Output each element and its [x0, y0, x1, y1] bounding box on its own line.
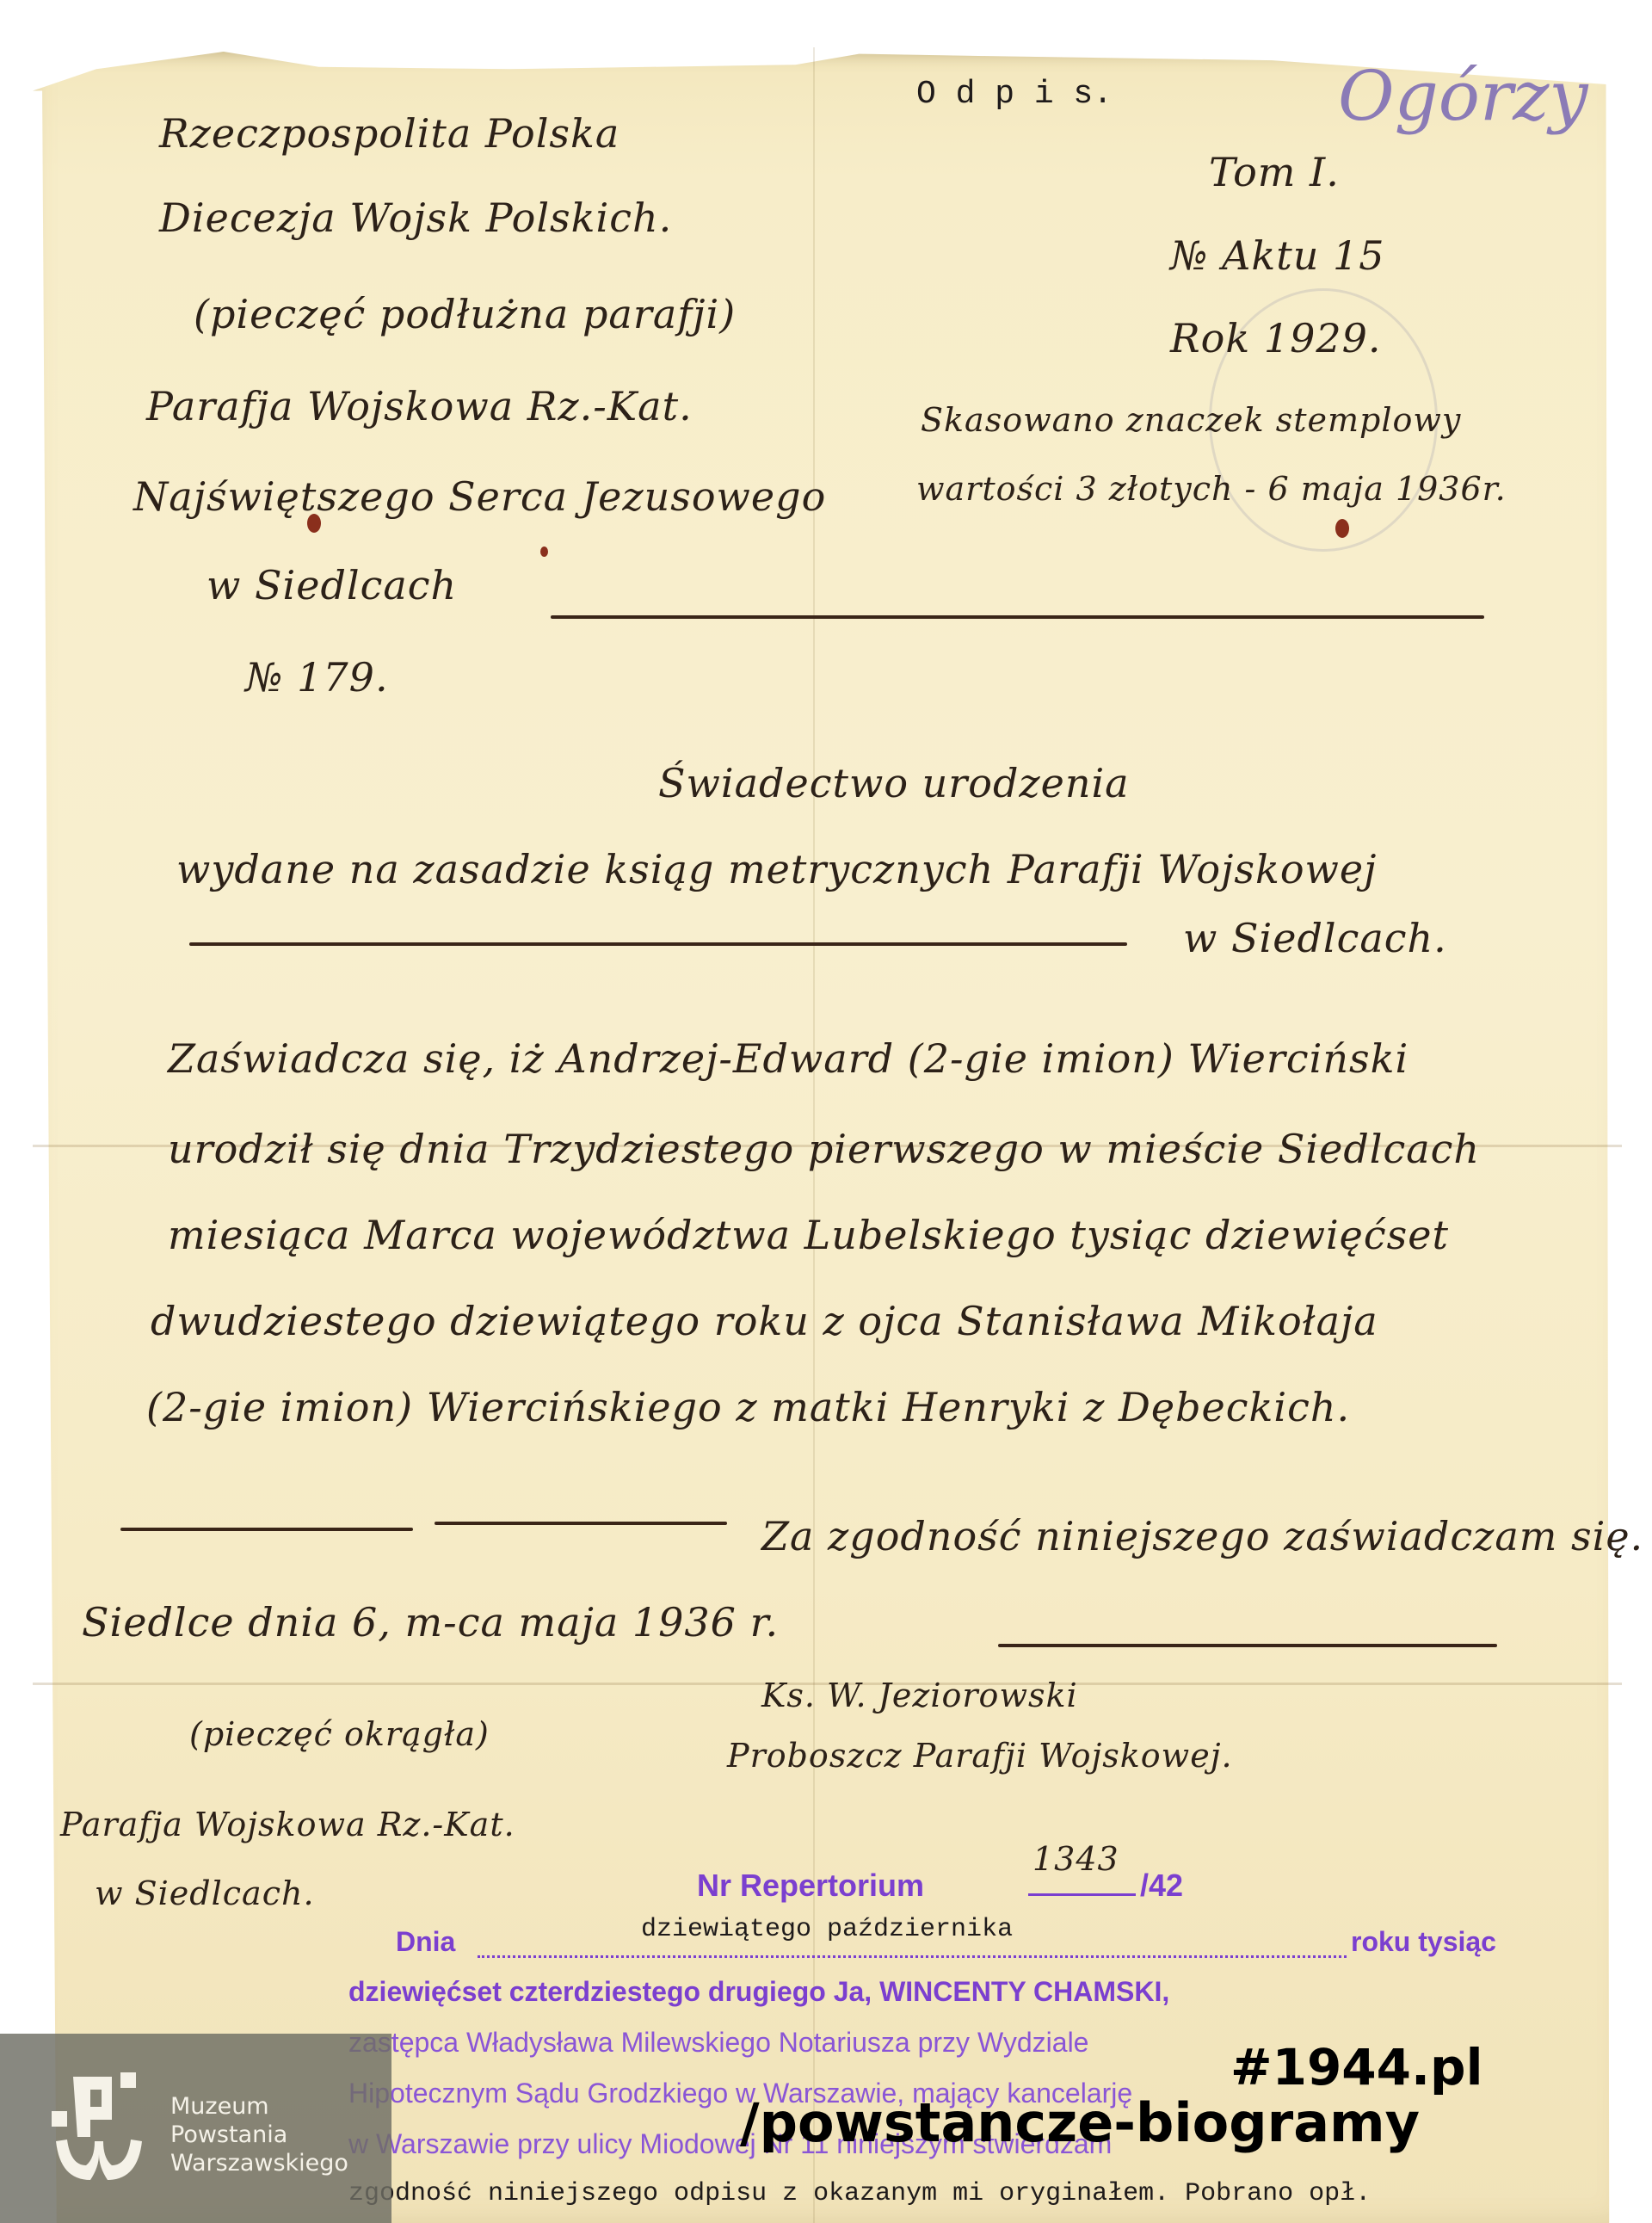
- date-label: Dnia: [396, 1926, 455, 1958]
- museum-name-line-1: Muzeum: [170, 2092, 348, 2121]
- certificate-subtitle: wydane na zasadzie ksiąg metrycznych Par…: [176, 848, 1377, 892]
- header-parish: Parafja Wojskowa Rz.-Kat.: [146, 385, 693, 429]
- date-typed: dziewiątego października: [641, 1915, 1013, 1944]
- date-line: [478, 1955, 1347, 1958]
- notary-line-6: zgodność niniejszego odpisu z okazanym m…: [348, 2179, 1371, 2208]
- underline: [551, 615, 1484, 619]
- body-line-3: miesiąca Marca województwa Lubelskiego t…: [168, 1213, 1449, 1257]
- certificate-city: w Siedlcach.: [1183, 917, 1447, 960]
- conformity-statement: Za zgodność niniejszego zaświadczam się.: [761, 1515, 1643, 1559]
- underline: [189, 942, 1127, 946]
- url-path-watermark: /powstancze-biogramy: [740, 2091, 1420, 2154]
- record-year: Rok 1929.: [1170, 317, 1382, 361]
- place-and-date: Siedlce dnia 6, m-ca maja 1936 r.: [82, 1601, 779, 1645]
- round-seal-note: (pieczęć okrągła): [189, 1717, 490, 1753]
- museum-name-line-2: Powstania: [170, 2121, 348, 2149]
- repertorium-line: [1028, 1893, 1136, 1896]
- header-seal-note: (pieczęć podłużna parafji): [194, 293, 736, 337]
- underline: [998, 1644, 1497, 1647]
- pencil-annotation: Ogórzy: [1338, 56, 1588, 136]
- stamp-duty-note-date: wartości 3 złotych - 6 maja 1936r.: [916, 472, 1507, 508]
- volume-number: Tom I.: [1209, 151, 1340, 195]
- body-line-5: (2-gie imion) Wiercińskiego z matki Henr…: [146, 1386, 1350, 1430]
- repertorium-label: Nr Repertorium: [697, 1868, 924, 1904]
- museum-watermark: Muzeum Powstania Warszawskiego: [0, 2034, 391, 2223]
- repertorium-number: 1343: [1032, 1842, 1119, 1878]
- header-parish-name: Najświętszego Serca Jezusowego: [133, 475, 826, 519]
- notary-line-3: zastępca Władysława Milewskiego Notarius…: [348, 2027, 1088, 2059]
- seal-city: w Siedlcach.: [95, 1876, 315, 1912]
- seal-parish: Parafja Wojskowa Rz.-Kat.: [60, 1807, 515, 1843]
- ink-spot: [1335, 519, 1349, 538]
- body-line-4: dwudziestego dziewiątego roku z ojca Sta…: [151, 1300, 1378, 1343]
- certificate-title: Świadectwo urodzenia: [658, 762, 1130, 806]
- notary-line-1-end: roku tysiąc: [1351, 1926, 1496, 1958]
- repertorium-suffix: /42: [1140, 1868, 1183, 1904]
- museum-name-line-3: Warszawskiego: [170, 2149, 348, 2177]
- body-line-2: urodził się dnia Trzydziestego pierwszeg…: [168, 1127, 1480, 1171]
- ink-spot: [540, 546, 548, 557]
- document-number: № 179.: [245, 656, 389, 700]
- header-diocese: Diecezja Wojsk Polskich.: [159, 196, 672, 240]
- polska-walczaca-anchor-icon: [52, 2072, 146, 2184]
- signer-name: Ks. W. Jeziorowski: [761, 1678, 1078, 1714]
- header-country: Rzeczpospolita Polska: [159, 112, 619, 156]
- hashtag-watermark: #1944.pl: [1230, 2038, 1482, 2096]
- header-city: w Siedlcach: [206, 564, 457, 608]
- body-line-1: Zaświadcza się, iż Andrzej-Edward (2-gie…: [168, 1037, 1409, 1081]
- copy-label: O d p i s.: [916, 76, 1113, 113]
- stamp-duty-note: Skasowano znaczek stemplowy: [921, 403, 1461, 439]
- signer-role: Proboszcz Parafji Wojskowej.: [727, 1738, 1233, 1775]
- notary-line-2: dziewięćset czterdziestego drugiego Ja, …: [348, 1976, 1169, 2008]
- act-number: № Aktu 15: [1170, 234, 1385, 278]
- underline: [120, 1528, 413, 1531]
- underline: [435, 1522, 727, 1525]
